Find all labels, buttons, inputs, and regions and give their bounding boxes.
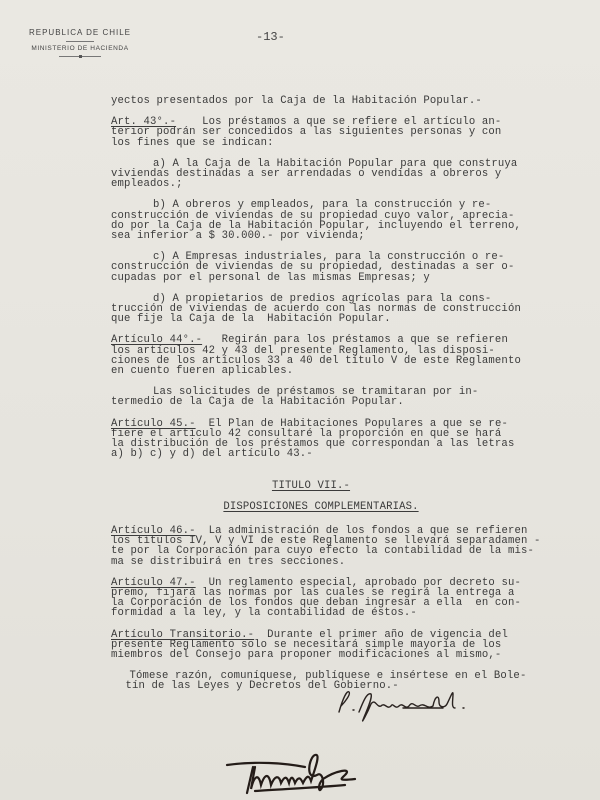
document-body: yectos presentados por la Caja de la Hab…	[111, 96, 571, 703]
article-43: Art. 43°.- Los préstamos a que se refier…	[111, 117, 571, 148]
item-b: b) A obreros y empleados, para la constr…	[111, 200, 571, 241]
article-44: Artículo 44°.- Regirán para los préstamo…	[111, 335, 571, 376]
disposiciones-complementarias: DISPOSICIONES COMPLEMENTARIAS.	[223, 501, 418, 513]
signature-2	[225, 745, 415, 795]
title-vii: TITULO VII.-	[272, 480, 350, 492]
text-line: que fije la Caja de la Habitación Popula…	[111, 314, 571, 324]
text-line: yectos presentados por la Caja de la Hab…	[111, 96, 571, 106]
letterhead-ornament	[59, 56, 101, 57]
text-line: los fines que se indican:	[111, 138, 571, 148]
section-subtitle: DISPOSICIONES COMPLEMENTARIAS.	[111, 502, 571, 512]
text-line: cupadas por el personal de las mismas Em…	[111, 273, 571, 283]
article-46: Artículo 46.- La administración de los f…	[111, 526, 571, 567]
item-d: d) A propietarios de predios agrícolas p…	[111, 294, 571, 325]
text-line: en cuento fueren aplicables.	[111, 366, 571, 376]
text-line: sea inferior a $ 30.000.- por vivienda;	[111, 231, 571, 241]
solicitudes-paragraph: Las solicitudes de préstamos se tramitar…	[111, 387, 571, 407]
text-line: ma se distribuirá en tres secciones.	[111, 557, 571, 567]
article-transitorio: Artículo Transitorio.- Durante el primer…	[111, 630, 571, 661]
text-line: termedio de la Caja de la Habitación Pop…	[111, 397, 571, 407]
item-c: c) A Empresas industriales, para la cons…	[111, 252, 571, 283]
article-45: Artículo 45.- El Plan de Habitaciones Po…	[111, 419, 571, 460]
page-number: -13-	[256, 30, 285, 44]
letterhead-divider	[66, 41, 94, 42]
item-a: a) A la Caja de la Habitación Popular pa…	[111, 159, 571, 190]
letterhead-ministry: MINISTERIO DE HACIENDA	[28, 45, 132, 52]
document-page: REPUBLICA DE CHILE MINISTERIO DE HACIEND…	[0, 0, 600, 800]
letterhead-country: REPUBLICA DE CHILE	[28, 28, 132, 37]
text-line: te por la Corporación para cuyo efecto l…	[111, 546, 571, 556]
letterhead: REPUBLICA DE CHILE MINISTERIO DE HACIEND…	[28, 28, 132, 57]
paragraph-continuation: yectos presentados por la Caja de la Hab…	[111, 96, 571, 106]
text-line: a) b) c) y d) del artículo 43.-	[111, 449, 571, 459]
text-line: formidad a la ley, y la contabilidad de …	[111, 608, 571, 618]
text-line: empleados.;	[111, 179, 571, 189]
article-47: Artículo 47.- Un reglamento especial, ap…	[111, 578, 571, 619]
text-line: miembros del Consejo para proponer modif…	[111, 650, 571, 660]
section-title: TITULO VII.-	[111, 481, 571, 491]
signature-1	[335, 684, 495, 724]
